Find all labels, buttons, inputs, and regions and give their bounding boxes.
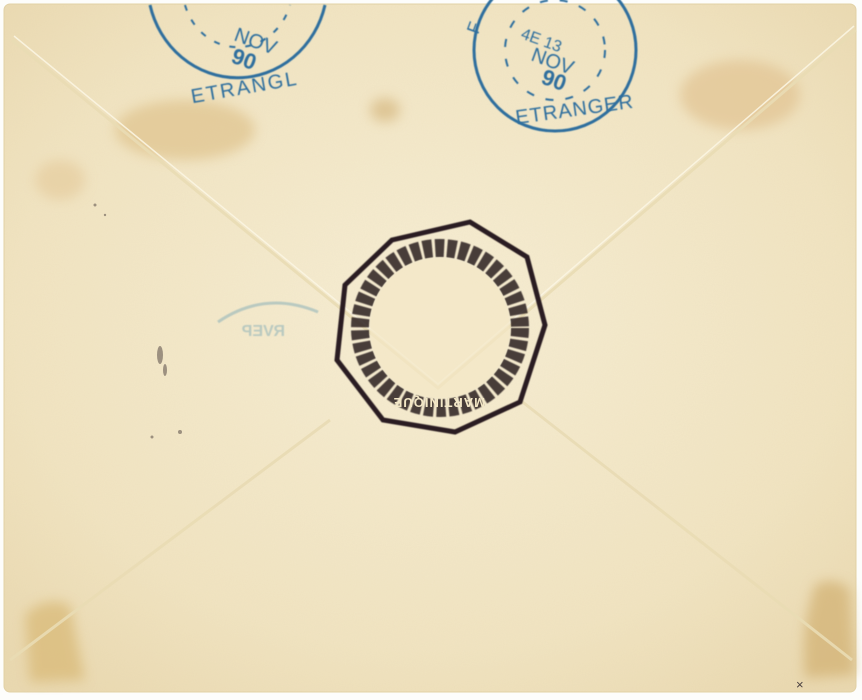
cachet-top-text: MARTINIQUE	[393, 395, 485, 410]
svg-text:RVEP: RVEP	[241, 323, 285, 340]
envelope-back-photo: NOV 90 ETRANGL 4E 13 NOV 90 ETRANGER F M…	[0, 0, 862, 700]
corner-x-mark: ×	[796, 677, 804, 692]
